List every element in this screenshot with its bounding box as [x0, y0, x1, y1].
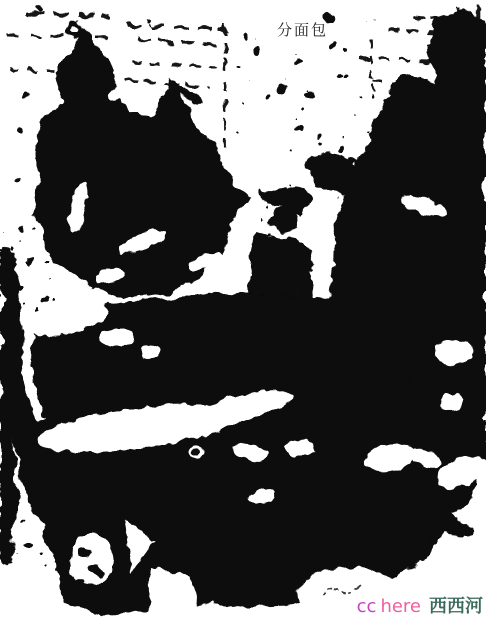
- photo-caption: 分面包: [277, 21, 328, 39]
- watermark-here: here: [380, 596, 421, 617]
- scanned-photo-page: 分面包 cchere西西河: [0, 0, 486, 619]
- watermark: cchere西西河: [357, 598, 483, 616]
- halftone-photo: [0, 0, 486, 619]
- watermark-site-name: 西西河: [429, 596, 483, 617]
- watermark-cc: cc: [357, 596, 377, 617]
